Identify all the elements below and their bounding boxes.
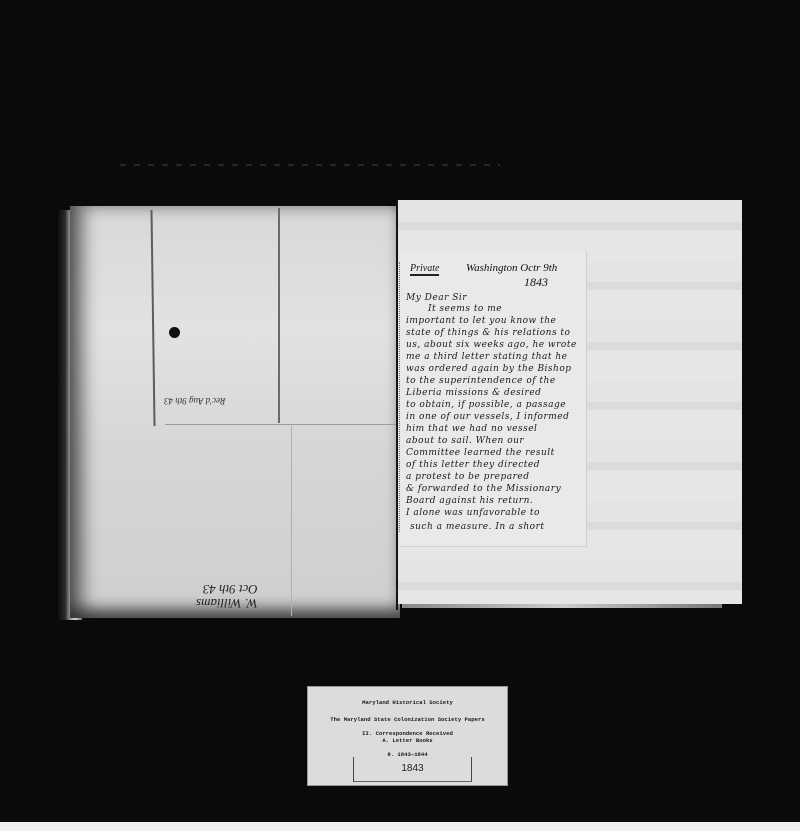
bottom-strip [0,822,800,831]
page-gutter [396,200,398,610]
letter-line: a protest to be prepared [406,472,530,482]
letter-line: me a third letter stating that he [406,352,567,362]
page-edge-shadow [402,604,722,608]
ink-blot [169,327,180,338]
endorsement-received: Rec'd Aug 9th 43 [164,396,226,406]
letter-salutation: My Dear Sir [406,293,467,303]
fold-line [291,426,292,616]
letter-line: in one of our vessels, I informed [406,412,569,422]
letter-year: 1843 [524,275,548,290]
label-series: II. Correspondence Received [308,730,507,737]
label-year-box: 1843 [353,757,472,782]
letter-line: Board against his return. [406,496,533,506]
letter-line: us, about six weeks ago, he wrote [406,340,577,350]
fold-line [165,424,400,425]
letter-line: Liberia missions & desired [406,388,541,398]
letter-line: was ordered again by the Bishop [406,364,572,374]
endorsement-sender: W. Williams Oct 9th 43 [196,582,258,610]
letter-line: about to sail. When our [406,436,524,446]
film-streak [120,164,500,166]
letter-line: state of things & his relations to [406,328,570,338]
letter-line: I alone was unfavorable to [406,508,540,518]
label-collection: The Maryland State Colonization Society … [308,716,507,723]
letter-line: It seems to me [428,304,502,314]
fold-line [278,208,280,423]
archive-label-card: Maryland Historical Society The Maryland… [307,686,508,786]
label-institution: Maryland Historical Society [308,699,507,706]
endorsement-sender-date: Oct 9th 43 [196,582,258,596]
left-page-letter-back [70,206,400,618]
letter-line: important to let you know the [406,316,556,326]
letter-line: to the superintendence of the [406,376,556,386]
letter-line: & forwarded to the Missionary [406,484,561,494]
letter-line: to obtain, if possible, a passage [406,400,566,410]
letter-private-mark: Private [410,263,439,276]
endorsement-sender-name: W. Williams [196,596,258,610]
letter-line: of this letter they directed [406,460,540,470]
letter-line: such a measure. In a short [410,522,545,532]
letter-place-date: Washington Octr 9th [466,262,557,274]
label-subseries: A. Letter Books [308,737,507,744]
letter-line: Committee learned the result [406,448,555,458]
label-year: 1843 [354,763,471,774]
letter-line: him that we had no vessel [406,424,537,434]
